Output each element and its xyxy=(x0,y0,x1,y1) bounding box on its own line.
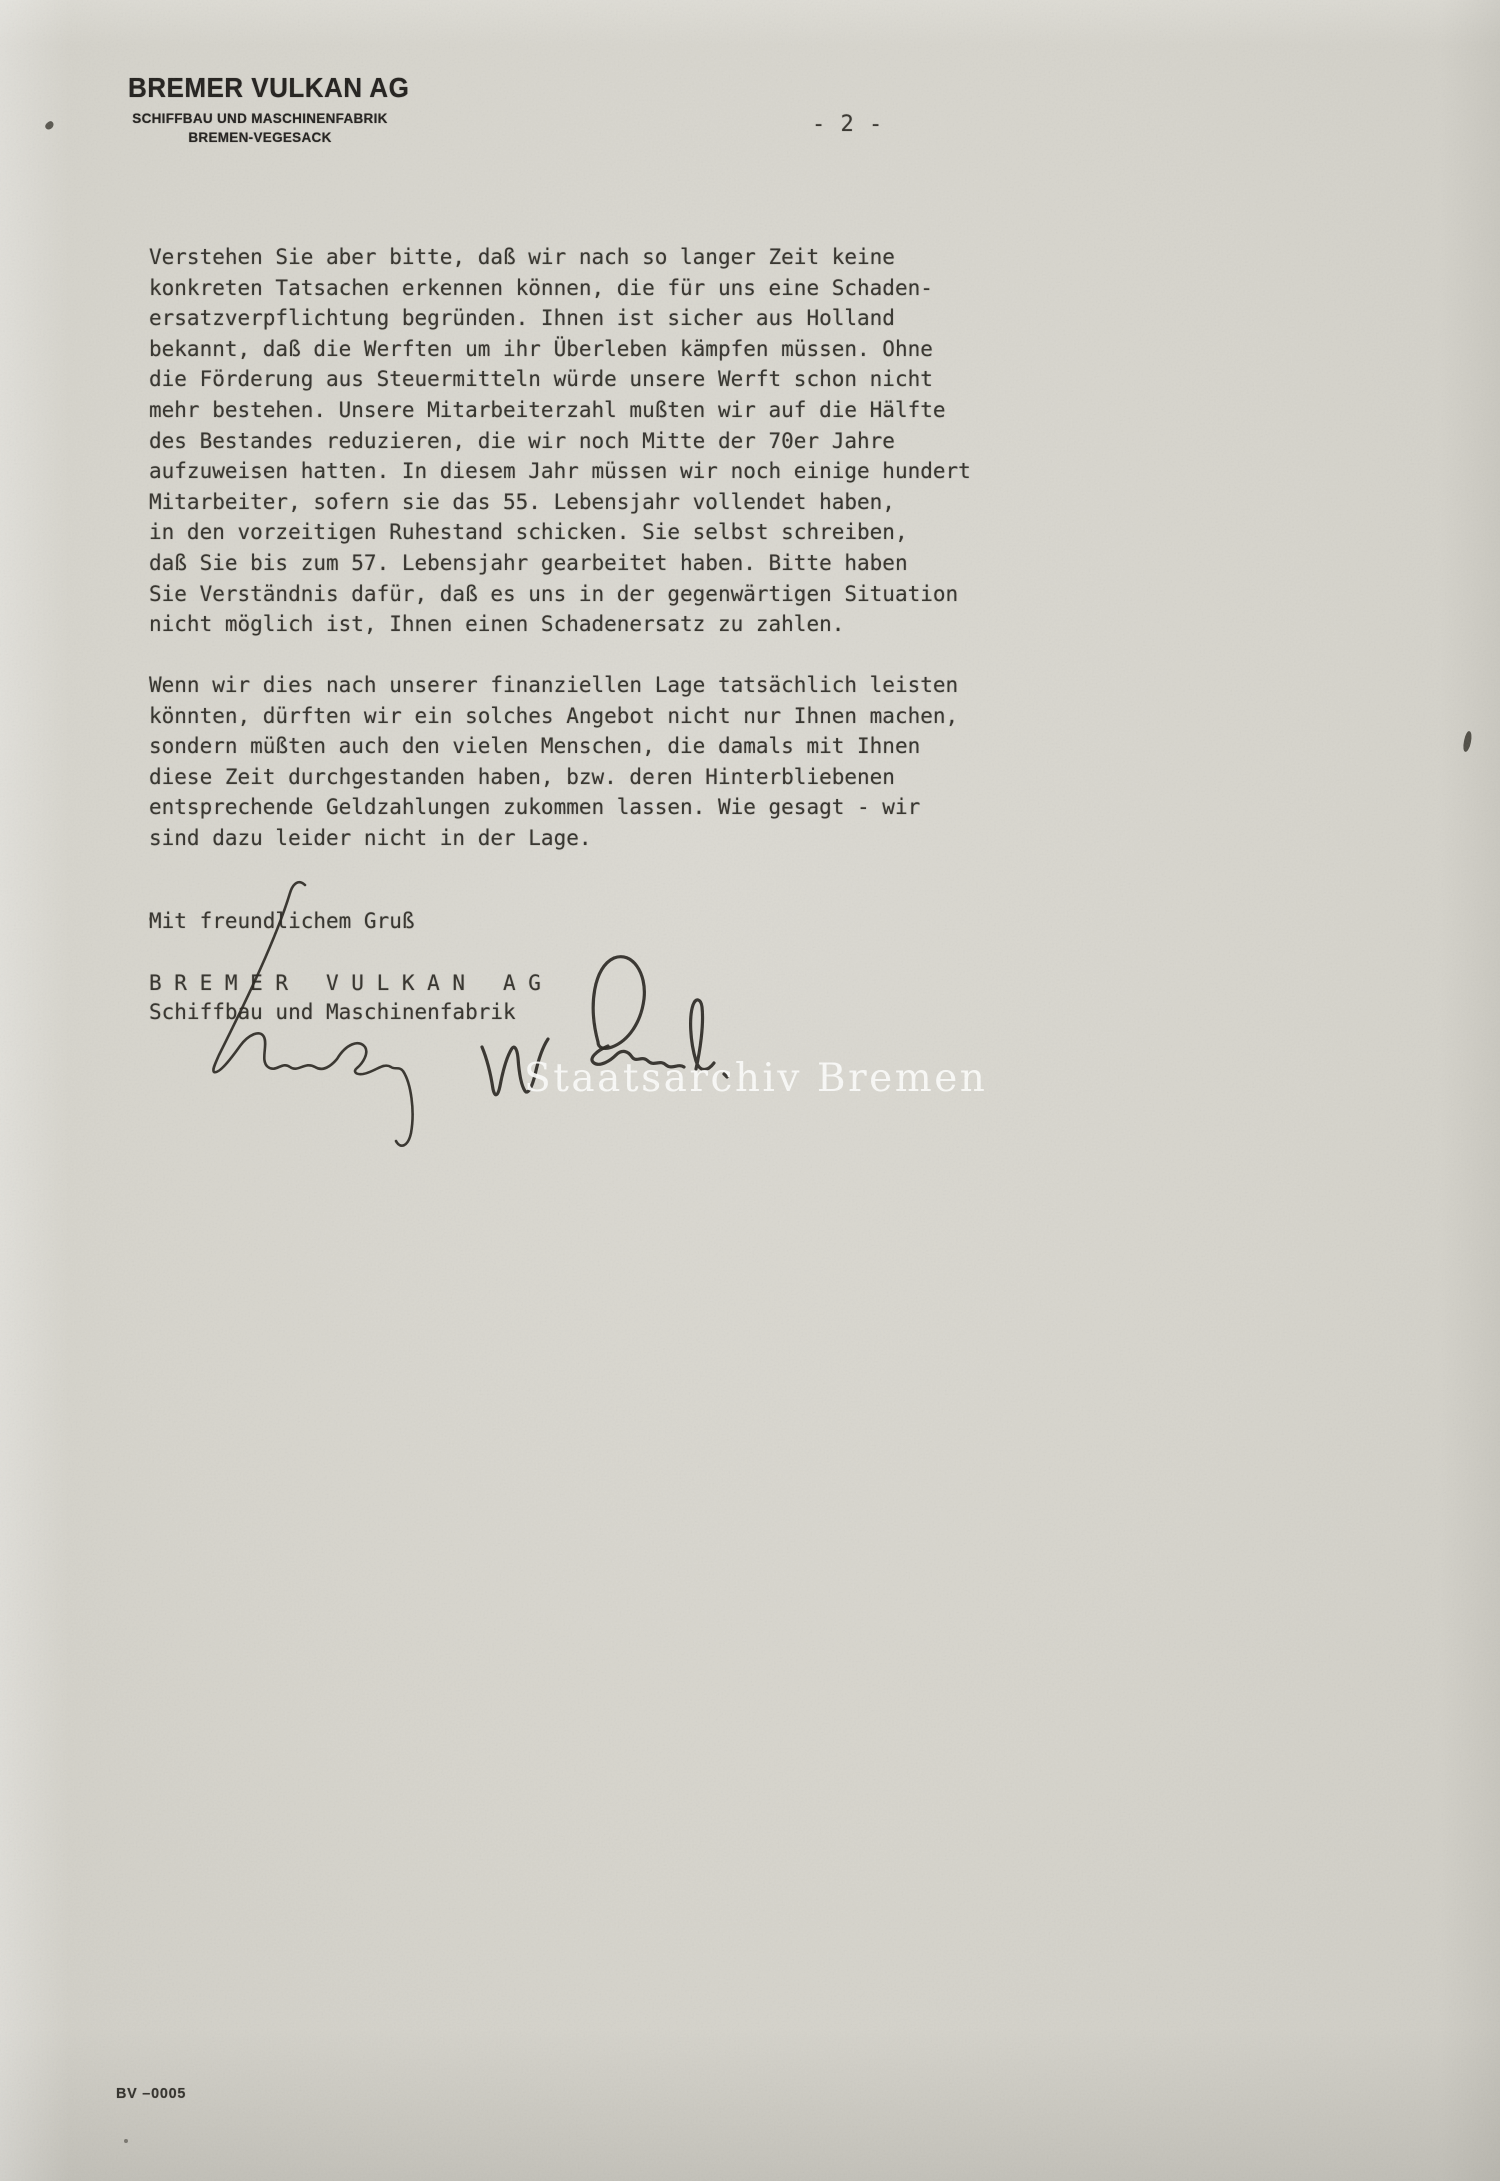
page-number: - 2 - xyxy=(812,112,883,137)
letterhead-subtitle-line1: SCHIFFBAU UND MASCHINENFABRIK xyxy=(118,111,402,126)
paper-speck xyxy=(149,917,152,921)
scanned-letter-page: BREMER VULKAN AG SCHIFFBAU UND MASCHINEN… xyxy=(0,0,1500,2181)
archive-footer-code: BV –0005 xyxy=(116,2085,186,2102)
paper-speck xyxy=(44,120,55,131)
paper-speck xyxy=(124,2139,128,2143)
letterhead-company-name: BREMER VULKAN AG xyxy=(128,72,392,104)
archive-watermark: Staatsarchiv Bremen xyxy=(524,1056,987,1101)
letterhead: BREMER VULKAN AG SCHIFFBAU UND MASCHINEN… xyxy=(118,72,402,145)
closing-salutation: Mit freundlichem Gruß xyxy=(149,906,415,937)
letter-paragraph-2: Wenn wir dies nach unserer finanziellen … xyxy=(149,670,958,854)
pen-mark xyxy=(1462,731,1473,753)
signature-department-line: Schiffbau und Maschinenfabrik xyxy=(149,997,516,1028)
signature-company-line: B R E M E R V U L K A N A G xyxy=(149,968,541,999)
letterhead-subtitle-line2: BREMEN-VEGESACK xyxy=(118,130,402,145)
letter-paragraph-1: Verstehen Sie aber bitte, daß wir nach s… xyxy=(149,242,971,640)
